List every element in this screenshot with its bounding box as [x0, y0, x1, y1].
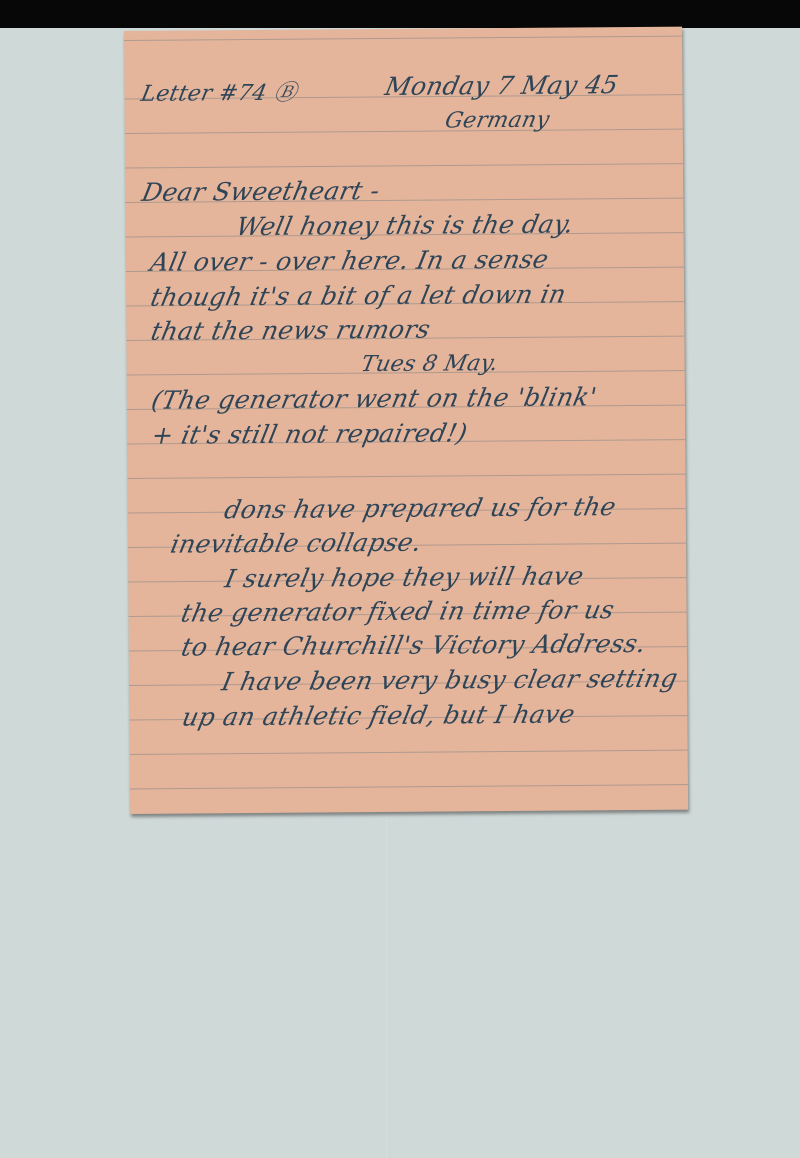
- letter-sheet: Letter #74 Ⓑ Monday 7 May 45 Germany Dea…: [124, 27, 688, 814]
- letter-line: inevitable collapse.: [168, 528, 424, 559]
- letter-line: up an athletic field, but I have: [180, 699, 578, 731]
- salutation: Dear Sweetheart -: [139, 176, 382, 207]
- letter-line: All over - over here. In a sense: [148, 245, 551, 277]
- letter-line: Well honey this is the day.: [234, 209, 577, 241]
- letter-location: Germany: [443, 108, 552, 134]
- scanner-seam: [386, 820, 387, 1158]
- letter-line: that the news rumors: [148, 315, 433, 346]
- letter-line: the generator fixed in time for us: [179, 595, 617, 627]
- letter-date: Monday 7 May 45: [383, 70, 621, 101]
- letter-line: I have been very busy clear setting: [219, 664, 680, 697]
- letter-line-date-insert: Tues 8 May.: [359, 351, 501, 377]
- letter-line: (The generator went on the 'blink': [149, 382, 599, 415]
- scanner-lid-bar: [0, 0, 800, 28]
- letter-line: though it's a bit of a let down in: [148, 280, 569, 312]
- letter-line: I surely hope they will have: [222, 561, 586, 593]
- letter-number: Letter #74 Ⓑ: [139, 76, 300, 108]
- letter-content: Letter #74 Ⓑ Monday 7 May 45 Germany Dea…: [124, 27, 688, 814]
- letter-line: + it's still not repaired!): [149, 418, 470, 450]
- letter-line: dons have prepared us for the: [222, 492, 619, 524]
- letter-line: to hear Churchill's Victory Address.: [179, 629, 649, 662]
